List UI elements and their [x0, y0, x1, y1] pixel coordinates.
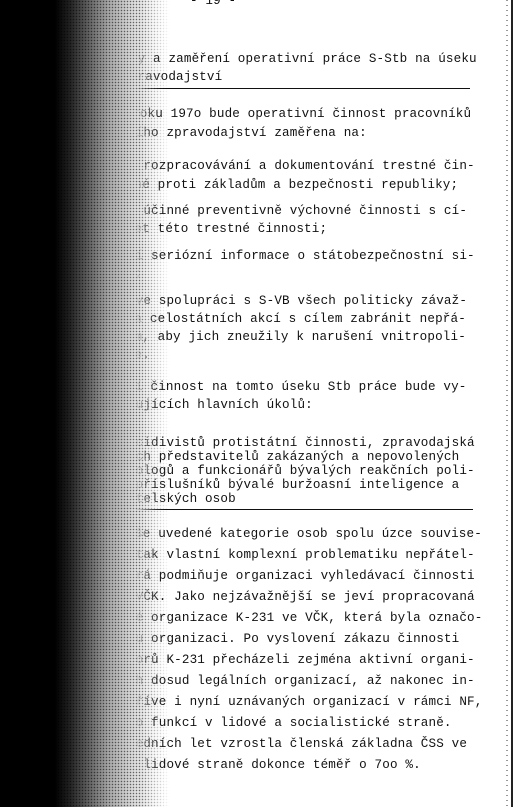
- page-number: - 19 -: [190, 0, 236, 8]
- scan-edge-shadow: [0, 0, 170, 807]
- scan-right-dotted-edge: [506, 0, 508, 807]
- scan-right-border: [511, 0, 513, 807]
